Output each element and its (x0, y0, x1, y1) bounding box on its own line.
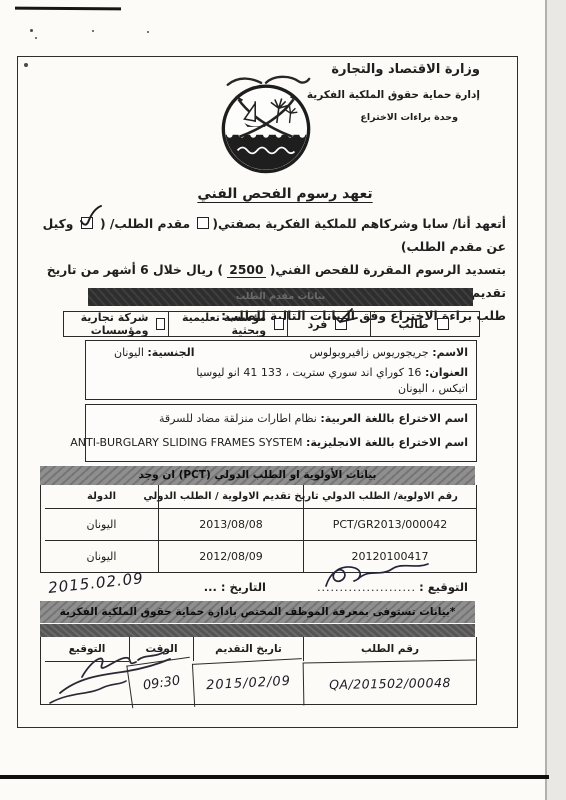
department-name: إدارة حماية حقوق الملكية الفكرية (307, 89, 480, 101)
address-field: العنوان: 16 كوراي اند سوري ستريت ، 133 4… (196, 366, 468, 379)
scan-top-line (15, 7, 121, 11)
nationality-field: الجنسية: اليونان (114, 346, 194, 359)
applicant-info-box: الاسم: جريجوريوس زافيروبولوس الجنسية: ال… (85, 340, 477, 400)
type-cell-individual: فرد (287, 312, 370, 336)
application-number: QA/201502/00048 (303, 659, 477, 705)
priority-number: PCT/GR2013/000042 (303, 508, 476, 540)
scan-bottom-line (0, 775, 549, 779)
nationality-label: الجنسية: (147, 346, 194, 359)
nationality-value: اليونان (114, 346, 144, 359)
priority-row-1: PCT/GR2013/000042 2013/08/08 اليونان (41, 508, 476, 540)
fee-amount: 2500 (227, 263, 265, 278)
filing-date: 2015/02/09 (192, 658, 304, 707)
type-label: شركة تجارية ومؤسسات (64, 311, 148, 337)
invention-english-field: اسم الاختراع باللغة الانجليزية: ANTI-BUR… (70, 436, 468, 449)
applicant-option-label: مقدم الطلب/ ( (100, 217, 190, 231)
scan-speck (147, 31, 149, 33)
col-priority-date: تاريخ تقديم الاولوية / الطلب الدولي (158, 485, 303, 508)
priority-table-header: رقم الاولوية/ الطلب الدولي تاريخ تقديم ا… (41, 485, 476, 508)
priority-country: اليونان (45, 508, 158, 540)
address-field-2: اتيكس ، اليونان (398, 382, 468, 395)
scan-speck (30, 29, 33, 32)
company-checkbox (156, 318, 165, 330)
address-value-1: 16 كوراي اند سوري ستريت ، 133 41 انو ليو… (196, 366, 421, 379)
unit-name: وحدة براءات الاختراع (360, 112, 458, 123)
invention-arabic-label: اسم الاختراع باللغة العربية: (320, 412, 468, 425)
invention-arabic-field: اسم الاختراع باللغة العربية: نظام اطارات… (159, 412, 468, 425)
scanned-form-page: وزارة الاقتصاد والتجارة إدارة حماية حقوق… (0, 0, 566, 800)
invention-arabic-value: نظام اطارات منزلقة مضاد للسرقة (159, 412, 317, 425)
priority-country: اليونان (45, 540, 158, 572)
address-label: العنوان: (425, 366, 468, 379)
priority-date: 2013/08/08 (158, 508, 303, 540)
name-value: جريجوريوس زافيروبولوس (309, 346, 428, 359)
col-priority-number: رقم الاولوية/ الطلب الدولي (303, 485, 476, 508)
signature-scribble (320, 558, 435, 598)
office-section-bar: *بيانات تستوفى بمعرفة الموظف المختص بادا… (40, 601, 475, 623)
type-cell-student: طالب (370, 312, 479, 336)
col-filing-date: تاريخ التقديم (193, 637, 303, 661)
type-cell-company: شركة تجارية ومؤسسات (64, 312, 168, 336)
qatar-emblem-icon (212, 72, 320, 178)
form-title: تعهد رسوم الفحص الفني (150, 186, 420, 202)
individual-checkbox (335, 318, 347, 330)
office-dark-strip (40, 624, 475, 637)
applicant-checkbox (197, 217, 209, 229)
address-value-2: اتيكس ، اليونان (398, 382, 468, 395)
invention-english-label: اسم الاختراع باللغة الانجليزية: (306, 436, 468, 449)
invention-english-value: ANTI-BURGLARY SLIDING FRAMES SYSTEM (70, 436, 302, 449)
priority-section-bar: بيانات الأولوية او الطلب الدولي (PCT) ان… (40, 466, 475, 485)
type-label: طالب (398, 318, 428, 331)
col-country: الدولة (45, 485, 158, 508)
priority-date: 2012/08/09 (158, 540, 303, 572)
ministry-name: وزارة الاقتصاد والتجارة (331, 62, 480, 77)
page-edge-line (545, 0, 547, 800)
col-application-number: رقم الطلب (303, 637, 476, 661)
invention-box: اسم الاختراع باللغة العربية: نظام اطارات… (85, 404, 477, 462)
type-label: مؤسسة تعليمية وبحثية (169, 311, 266, 337)
institution-checkbox (274, 318, 284, 330)
pledge-text-1: أتعهد أنا/ سابا وشركاهم للملكية الفكرية … (212, 217, 506, 231)
applicant-section-bar: بيانات مقدم الطلب (88, 288, 473, 306)
name-label: الاسم: (432, 346, 468, 359)
scan-speck (92, 30, 94, 32)
applicant-type-row: طالب فرد مؤسسة تعليمية وبحثية شركة تجاري… (63, 311, 480, 337)
agent-checkbox (81, 217, 93, 229)
date-label: التاريخ : ... (204, 580, 266, 594)
type-label: فرد (308, 318, 328, 331)
scan-speck (35, 37, 37, 39)
official-signature-scribble (42, 645, 177, 719)
check-icon (78, 205, 102, 231)
page-edge-shadow (546, 0, 566, 800)
pledge-text-2: بتسديد الرسوم المقررة للفحص الفني( (270, 263, 506, 277)
check-icon (332, 306, 358, 326)
student-checkbox (437, 318, 449, 330)
type-cell-institution: مؤسسة تعليمية وبحثية (168, 312, 287, 336)
name-field: الاسم: جريجوريوس زافيروبولوس (309, 346, 468, 359)
